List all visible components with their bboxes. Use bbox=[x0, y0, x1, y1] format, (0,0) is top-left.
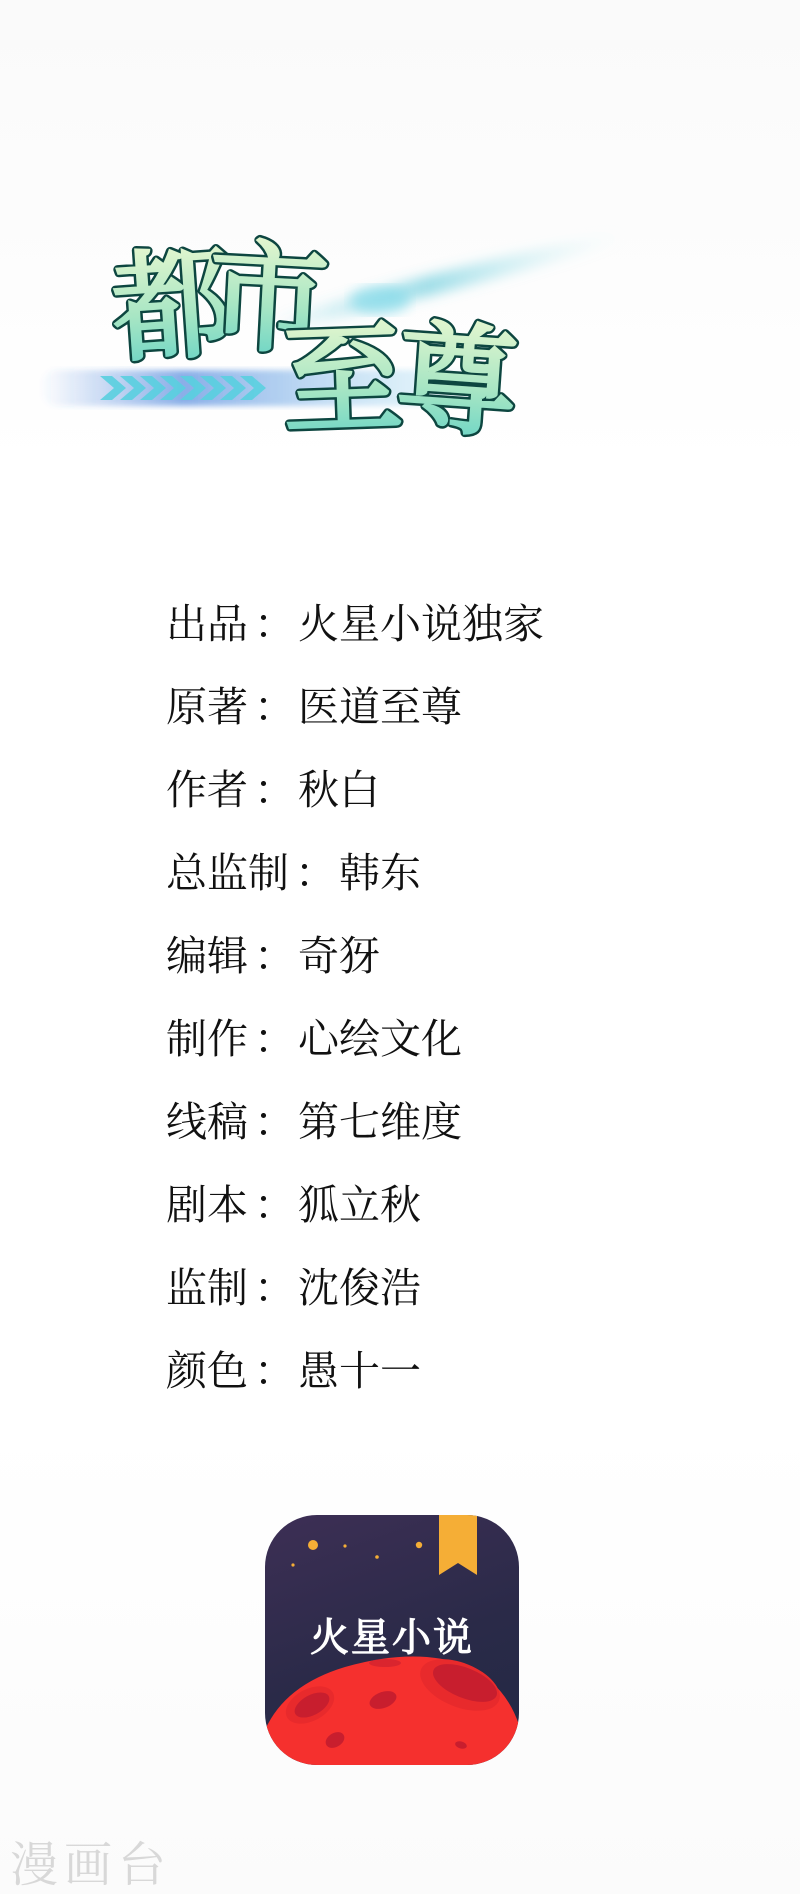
credit-label: 剧本 bbox=[166, 1179, 248, 1231]
credit-value: 心绘文化 bbox=[298, 1013, 462, 1065]
credit-value: 狐立秋 bbox=[298, 1179, 421, 1231]
credit-colon: ： bbox=[248, 1345, 298, 1397]
title-logo-art: 都 市 至 尊 bbox=[20, 200, 780, 440]
credit-value: 医道至尊 bbox=[298, 681, 462, 733]
credits-list: 出品：火星小说独家 原著：医道至尊 作者：秋白 总监制：韩东 编辑：奇犽 制作：… bbox=[166, 598, 544, 1428]
mars-novel-app-icon: 火星小说 bbox=[265, 1515, 519, 1765]
credit-label: 总监制 bbox=[166, 847, 289, 899]
credit-colon: ： bbox=[248, 1262, 298, 1314]
credit-colon: ： bbox=[248, 1013, 298, 1065]
star-icon bbox=[308, 1540, 318, 1550]
title-char-3: 至 bbox=[280, 308, 405, 440]
credit-colon: ： bbox=[248, 764, 298, 816]
credit-label: 制作 bbox=[166, 1013, 248, 1065]
credit-row-colorist: 颜色：愚十一 bbox=[166, 1345, 544, 1428]
platform-watermark: 漫画台 bbox=[10, 1826, 172, 1894]
credit-label: 作者 bbox=[166, 764, 248, 816]
credit-colon: ： bbox=[248, 598, 298, 650]
credit-label: 原著 bbox=[166, 681, 248, 733]
bookmark-icon bbox=[439, 1515, 477, 1575]
credit-row-editor: 编辑：奇犽 bbox=[166, 930, 544, 1013]
credit-row-original-work: 原著：医道至尊 bbox=[166, 681, 544, 764]
credit-row-author: 作者：秋白 bbox=[166, 764, 544, 847]
credit-row-line-art: 线稿：第七维度 bbox=[166, 1096, 544, 1179]
credit-colon: ： bbox=[289, 847, 339, 899]
title-char-4: 尊 bbox=[392, 307, 522, 440]
credit-value: 火星小说独家 bbox=[298, 598, 544, 650]
credit-colon: ： bbox=[248, 1179, 298, 1231]
credit-label: 出品 bbox=[166, 598, 248, 650]
credit-value: 韩东 bbox=[339, 847, 421, 899]
credit-value: 秋白 bbox=[298, 764, 380, 816]
credit-label: 监制 bbox=[166, 1262, 248, 1314]
credit-colon: ： bbox=[248, 1096, 298, 1148]
credit-row-publisher: 出品：火星小说独家 bbox=[166, 598, 544, 681]
credit-label: 线稿 bbox=[166, 1096, 248, 1148]
credit-value: 奇犽 bbox=[298, 930, 380, 982]
credit-value: 愚十一 bbox=[298, 1345, 421, 1397]
credit-label: 编辑 bbox=[166, 930, 248, 982]
credit-row-supervisor: 监制：沈俊浩 bbox=[166, 1262, 544, 1345]
credit-colon: ： bbox=[248, 930, 298, 982]
credit-row-chief-producer: 总监制：韩东 bbox=[166, 847, 544, 930]
credit-value: 沈俊浩 bbox=[298, 1262, 421, 1314]
credit-label: 颜色 bbox=[166, 1345, 248, 1397]
credit-row-production: 制作：心绘文化 bbox=[166, 1013, 544, 1096]
comic-title-logo: 都 市 至 尊 bbox=[20, 200, 780, 440]
credit-value: 第七维度 bbox=[298, 1096, 462, 1148]
app-icon-name: 火星小说 bbox=[265, 1607, 519, 1663]
credit-row-script: 剧本：狐立秋 bbox=[166, 1179, 544, 1262]
credit-colon: ： bbox=[248, 681, 298, 733]
